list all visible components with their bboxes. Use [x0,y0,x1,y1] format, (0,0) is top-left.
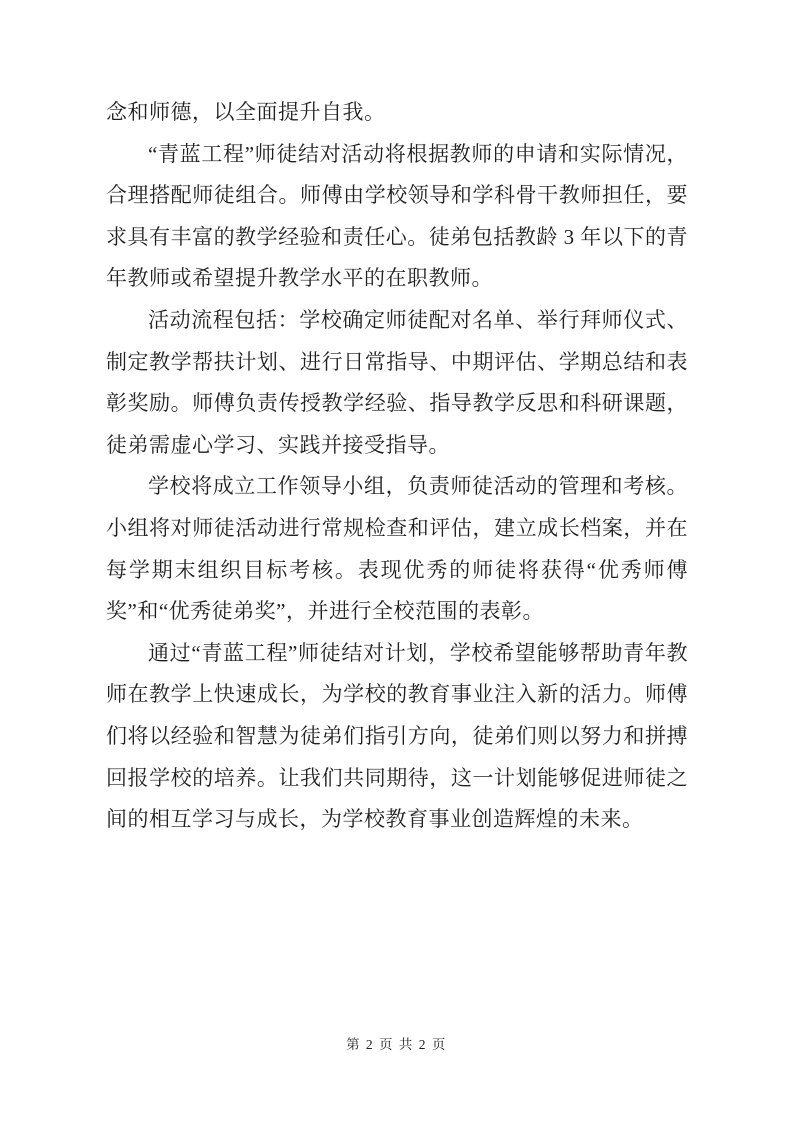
document-page: 念和师德，以全面提升自我。 “青蓝工程”师徒结对活动将根据教师的申请和实际情况，… [0,0,793,1122]
paragraph-continuation: 念和师德，以全面提升自我。 [106,92,688,134]
paragraph-conclusion: 通过“青蓝工程”师徒结对计划，学校希望能够帮助青年教师在教学上快速成长，为学校的… [106,633,688,841]
document-body: 念和师德，以全面提升自我。 “青蓝工程”师徒结对活动将根据教师的申请和实际情况，… [106,92,688,841]
paragraph-leadership-group: 学校将成立工作领导小组，负责师徒活动的管理和考核。小组将对师徒活动进行常规检查和… [106,466,688,632]
page-number-footer: 第 2 页 共 2 页 [0,1037,793,1053]
paragraph-pairing-rules: “青蓝工程”师徒结对活动将根据教师的申请和实际情况，合理搭配师徒组合。师傅由学校… [106,134,688,300]
paragraph-activity-process: 活动流程包括：学校确定师徒配对名单、举行拜师仪式、制定教学帮扶计划、进行日常指导… [106,300,688,466]
